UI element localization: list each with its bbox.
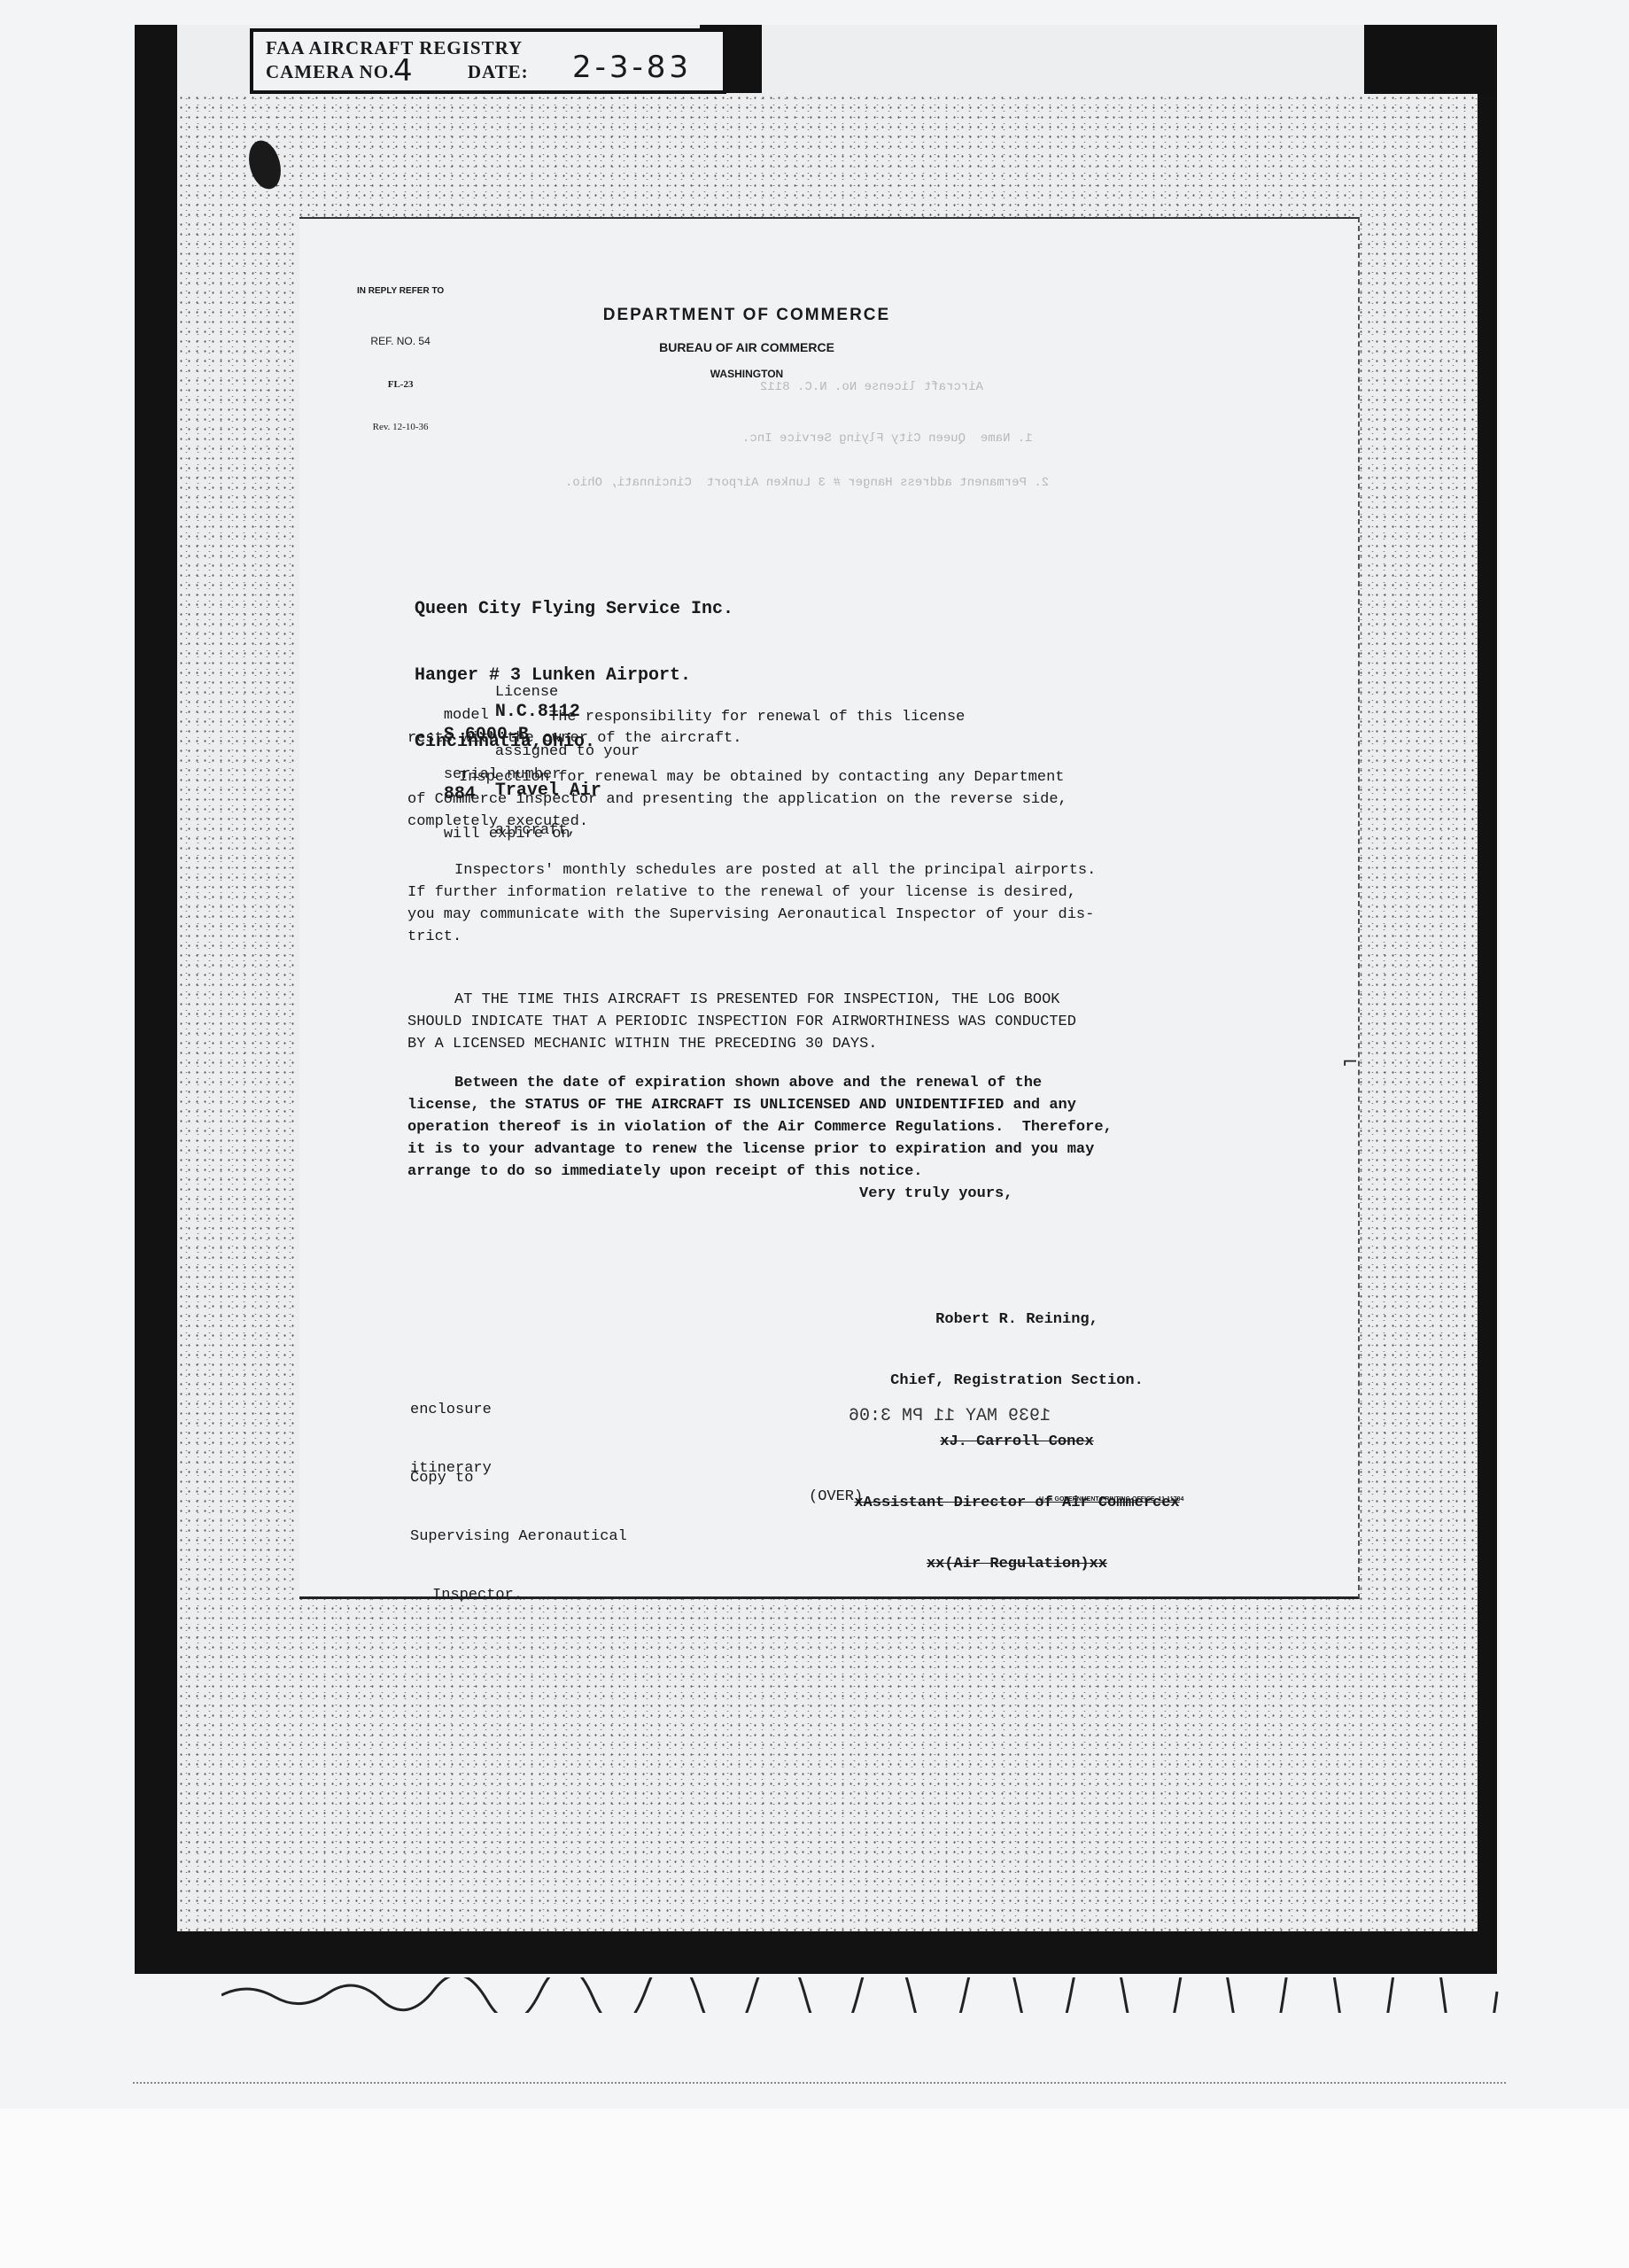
city-heading: WASHINGTON: [299, 368, 1194, 380]
signer-name: Robert R. Reining,: [831, 1309, 1203, 1330]
schedules-line: you may communicate with the Supervising…: [407, 905, 1094, 925]
frame-corner: [1364, 25, 1497, 94]
bleedthrough-name: 1. Name Queen City Flying Service Inc.: [742, 431, 1033, 446]
page-margin-bottom: [0, 2109, 1629, 2268]
logbook-line: AT THE TIME THIS AIRCRAFT IS PRESENTED F…: [454, 990, 1060, 1010]
status-line: license, the STATUS OF THE AIRCRAFT IS U…: [407, 1096, 1076, 1115]
copy-to-recipient-2: Inspector.: [410, 1586, 627, 1605]
bleedthrough-license: Aircraft license No. N.C. 8112: [760, 380, 983, 394]
status-line: Between the date of expiration shown abo…: [454, 1074, 1042, 1093]
signer-title: Chief, Registration Section.: [831, 1371, 1203, 1391]
frame-top-strip-middle: [762, 25, 1364, 94]
enclosure-label: enclosure: [410, 1401, 492, 1420]
copy-to-label: Copy to: [410, 1469, 627, 1488]
status-line: operation thereof is in violation of the…: [407, 1118, 1113, 1138]
registry-date: 2-3-83: [572, 50, 692, 85]
status-line: arrange to do so immediately upon receip…: [407, 1162, 923, 1182]
license-line-3: The responsibility for renewal of this l…: [549, 708, 965, 727]
camera-label: CAMERA NO.: [266, 61, 394, 82]
handwritten-mark: ⌐: [1342, 1052, 1358, 1074]
scan-dotted-line: [133, 2082, 1506, 2084]
inspection-line: Inspection for renewal may be obtained b…: [459, 768, 1065, 788]
form-revision: Rev. 12-10-36: [357, 422, 444, 432]
reply-refer-label: IN REPLY REFER TO: [357, 286, 444, 296]
schedules-line: Inspectors' monthly schedules are posted…: [454, 861, 1096, 881]
copy-to-recipient: Supervising Aeronautical: [410, 1527, 627, 1547]
struck-line: xx(Air Regulation)xx: [831, 1554, 1203, 1574]
inspection-line: completely executed.: [407, 812, 588, 832]
bureau-heading: BUREAU OF AIR COMMERCE: [299, 340, 1194, 354]
bleedthrough-address: 2. Permanent address Hanger # 3 Lunken A…: [565, 476, 1049, 490]
license-line-4: rests with the owner of the aircraft.: [407, 729, 741, 749]
inspection-line: of Commerce inspector and presenting the…: [407, 790, 1067, 810]
logbook-line: SHOULD INDICATE THAT A PERIODIC INSPECTI…: [407, 1012, 1076, 1032]
camera-number: 4: [393, 53, 413, 89]
form-number: FL-23: [357, 379, 444, 390]
addressee-line: Queen City Flying Service Inc.: [415, 598, 733, 620]
notice-letter: IN REPLY REFER TO REF. NO. 54 FL-23 Rev.…: [299, 217, 1360, 1599]
copy-to-block: Copy to Supervising Aeronautical Inspect…: [410, 1430, 627, 1644]
printing-office-line: U. S. GOVERNMENT PRINTING OFFICE 11-1170…: [1039, 1496, 1183, 1503]
date-label: DATE:: [468, 61, 529, 82]
status-line: it is to your advantage to renew the lic…: [407, 1140, 1094, 1160]
signature-block: Robert R. Reining, Chief, Registration S…: [831, 1269, 1203, 1615]
department-heading: DEPARTMENT OF COMMERCE: [299, 306, 1194, 325]
over-marker: (OVER): [809, 1487, 863, 1507]
model-label: model: [444, 707, 489, 724]
schedules-line: trict.: [407, 928, 462, 947]
registry-label: FAA AIRCRAFT REGISTRY CAMERA NO. DATE: 4…: [250, 28, 726, 94]
struck-line: xJ. Carroll Conex: [831, 1432, 1203, 1452]
schedules-line: If further information relative to the r…: [407, 883, 1076, 903]
salutation: Very truly yours,: [859, 1184, 1012, 1204]
torn-edge: [221, 1977, 1515, 2013]
reference-block: IN REPLY REFER TO REF. NO. 54 FL-23 Rev.…: [357, 254, 444, 464]
logbook-line: BY A LICENSED MECHANIC WITHIN THE PRECED…: [407, 1034, 878, 1054]
received-stamp-mirrored: 1939 MAY 11 PM 3:06: [849, 1406, 1051, 1426]
